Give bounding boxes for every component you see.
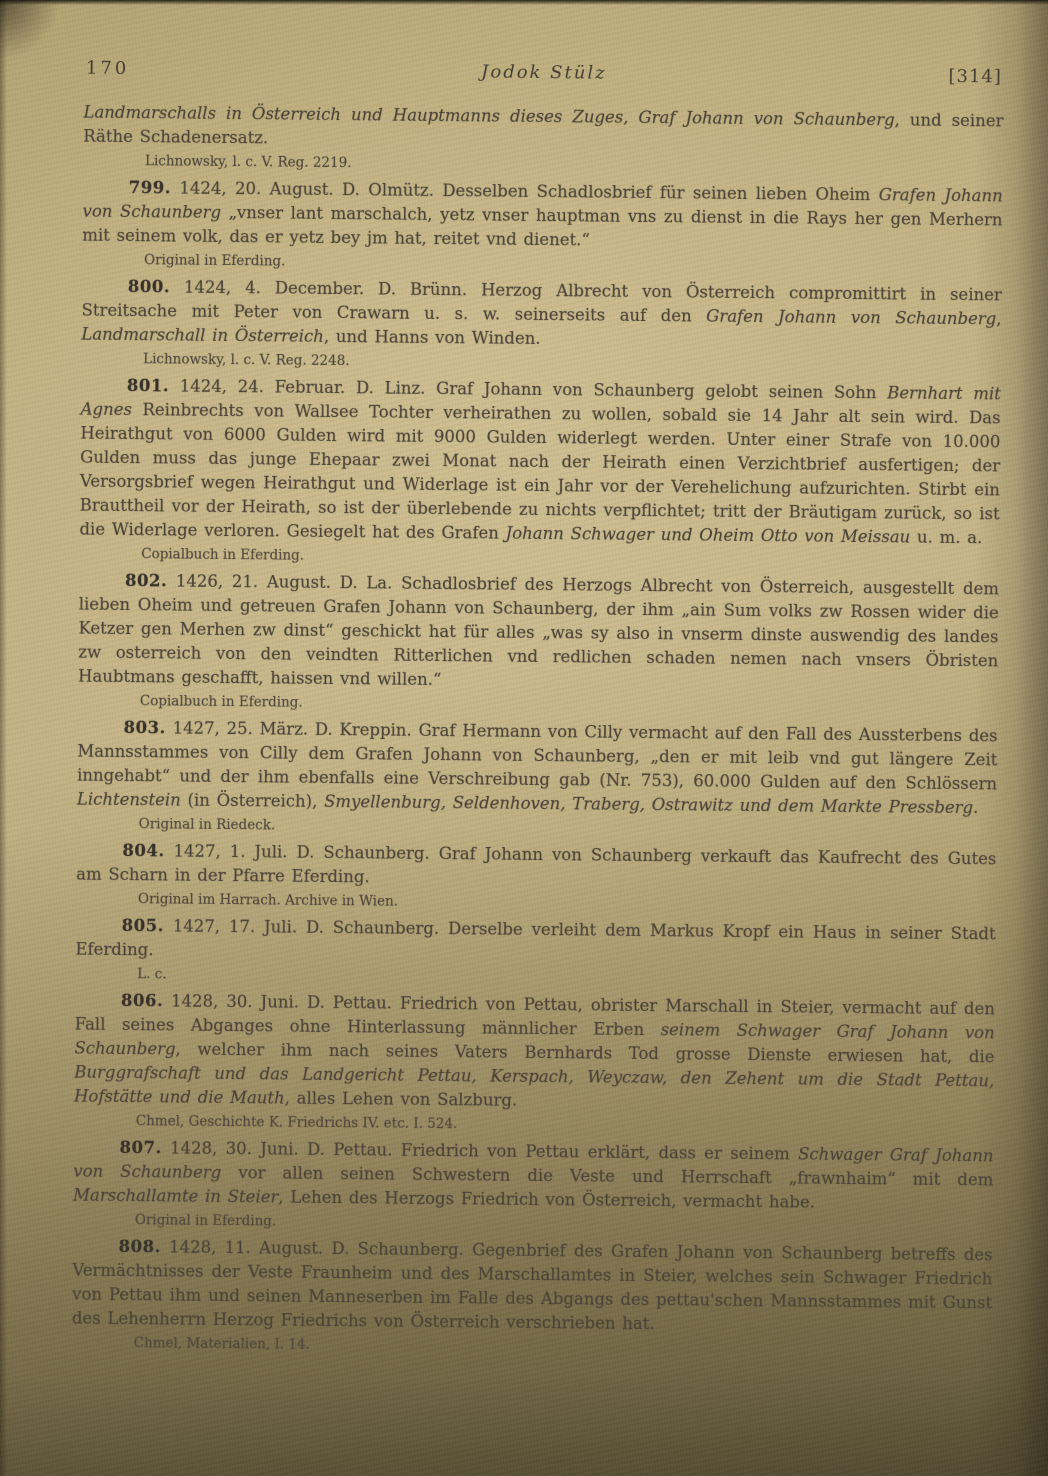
- continuation-paragraph: Landmarschalls in Österreich und Hauptma…: [83, 101, 1003, 158]
- text-run: ,: [996, 309, 1001, 328]
- text-run: 1426, 21. August. D. La. Schadlosbrief d…: [78, 571, 999, 689]
- entry-number: 800.: [128, 277, 170, 296]
- text-run: (in Österreich),: [181, 791, 325, 811]
- italic-run: Smyellenburg, Seldenhoven, Traberg, Ostr…: [324, 792, 973, 817]
- regest-entry-804: 804. 1427, 1. Juli. D. Schaunberg. Graf …: [76, 839, 996, 896]
- entry-number: 801.: [127, 376, 169, 395]
- entry-number: 804.: [122, 841, 164, 860]
- italic-run: Landmarschall in Österreich: [81, 325, 324, 346]
- book-page-scan: 170 Jodok Stülz [314] Landmarschalls in …: [0, 0, 1048, 1476]
- text-run: , und Hanns von Winden.: [324, 327, 541, 348]
- text-run: 1428, 30. Juni. D. Pettau. Friedrich von…: [162, 1138, 799, 1163]
- text-run: 1428, 11. August. D. Schaunberg. Gegenbr…: [72, 1237, 993, 1333]
- text-run: 1424, 24. Februar. D. Linz. Graf Johann …: [169, 376, 887, 402]
- entry-number: 805.: [122, 916, 164, 935]
- italic-run: Johann Schwager und Oheim Otto von Meiss…: [506, 524, 911, 547]
- text-run: , welcher ihm nach seines Vaters Bernhar…: [175, 1040, 994, 1067]
- entry-number: 802.: [125, 571, 167, 590]
- entry-number: 808.: [119, 1237, 161, 1256]
- entry-number: 807.: [119, 1138, 161, 1157]
- entry-number: 803.: [124, 718, 166, 737]
- regest-entry-800: 800. 1424, 4. December. D. Brünn. Herzog…: [81, 275, 1002, 356]
- regesta-list: Landmarschalls in Österreich und Hauptma…: [72, 101, 1004, 1361]
- text-run: u. m. a.: [910, 528, 982, 548]
- page-content: 170 Jodok Stülz [314] Landmarschalls in …: [72, 58, 1004, 1367]
- bracket-sheet-number: [314]: [872, 65, 1002, 87]
- italic-run: Grafen Johann von Schaunberg: [706, 307, 996, 329]
- italic-run: Burggrafschaft und das Landgericht Petta…: [74, 1063, 994, 1108]
- page-number: 170: [86, 58, 216, 80]
- regest-entry-805: 805. 1427, 17. Juli. D. Schaunberg. Ders…: [75, 914, 995, 971]
- italic-run: Marschallamte in Steier: [73, 1186, 278, 1207]
- text-run: vor allen seinen Schwestern die Veste un…: [221, 1163, 993, 1189]
- regest-entry-803: 803. 1427, 25. März. D. Kreppin. Graf He…: [77, 716, 998, 821]
- text-run: 1427, 25. März. D. Kreppin. Graf Hermann…: [77, 718, 998, 793]
- regest-entry-807: 807. 1428, 30. Juni. D. Pettau. Friedric…: [73, 1136, 994, 1217]
- text-run: .: [973, 798, 978, 817]
- text-run: 1427, 17. Juli. D. Schaunberg. Derselbe …: [75, 916, 995, 959]
- regest-entry-801: 801. 1424, 24. Februar. D. Linz. Graf Jo…: [79, 374, 1001, 551]
- regest-entry-802: 802. 1426, 21. August. D. La. Schadlosbr…: [78, 569, 999, 698]
- entry-number: 799.: [129, 178, 171, 197]
- italic-run: Lichtenstein: [77, 790, 181, 810]
- regest-entry-806: 806. 1428, 30. Juni. D. Pettau. Friedric…: [74, 989, 995, 1118]
- text-run: „vnser lant marschalch, yetz vnser haupt…: [82, 203, 1002, 250]
- italic-run: Landmarschalls in Österreich und Hauptma…: [83, 103, 894, 130]
- text-run: 1427, 1. Juli. D. Schaunberg. Graf Johan…: [76, 841, 996, 886]
- regest-entry-808: 808. 1428, 11. August. D. Schaunberg. Ge…: [72, 1235, 993, 1340]
- text-run: , alles Lehen von Salzburg.: [285, 1089, 518, 1110]
- entry-number: 806.: [121, 991, 163, 1010]
- text-run: 1424, 20. August. D. Olmütz. Desselben S…: [171, 178, 879, 204]
- regest-entry-799: 799. 1424, 20. August. D. Olmütz. Dessel…: [82, 176, 1003, 257]
- text-run: , Lehen des Herzogs Friedrich von Österr…: [278, 1188, 815, 1212]
- text-run: Reinbrechts von Wallsee Tochter verheira…: [79, 400, 1000, 543]
